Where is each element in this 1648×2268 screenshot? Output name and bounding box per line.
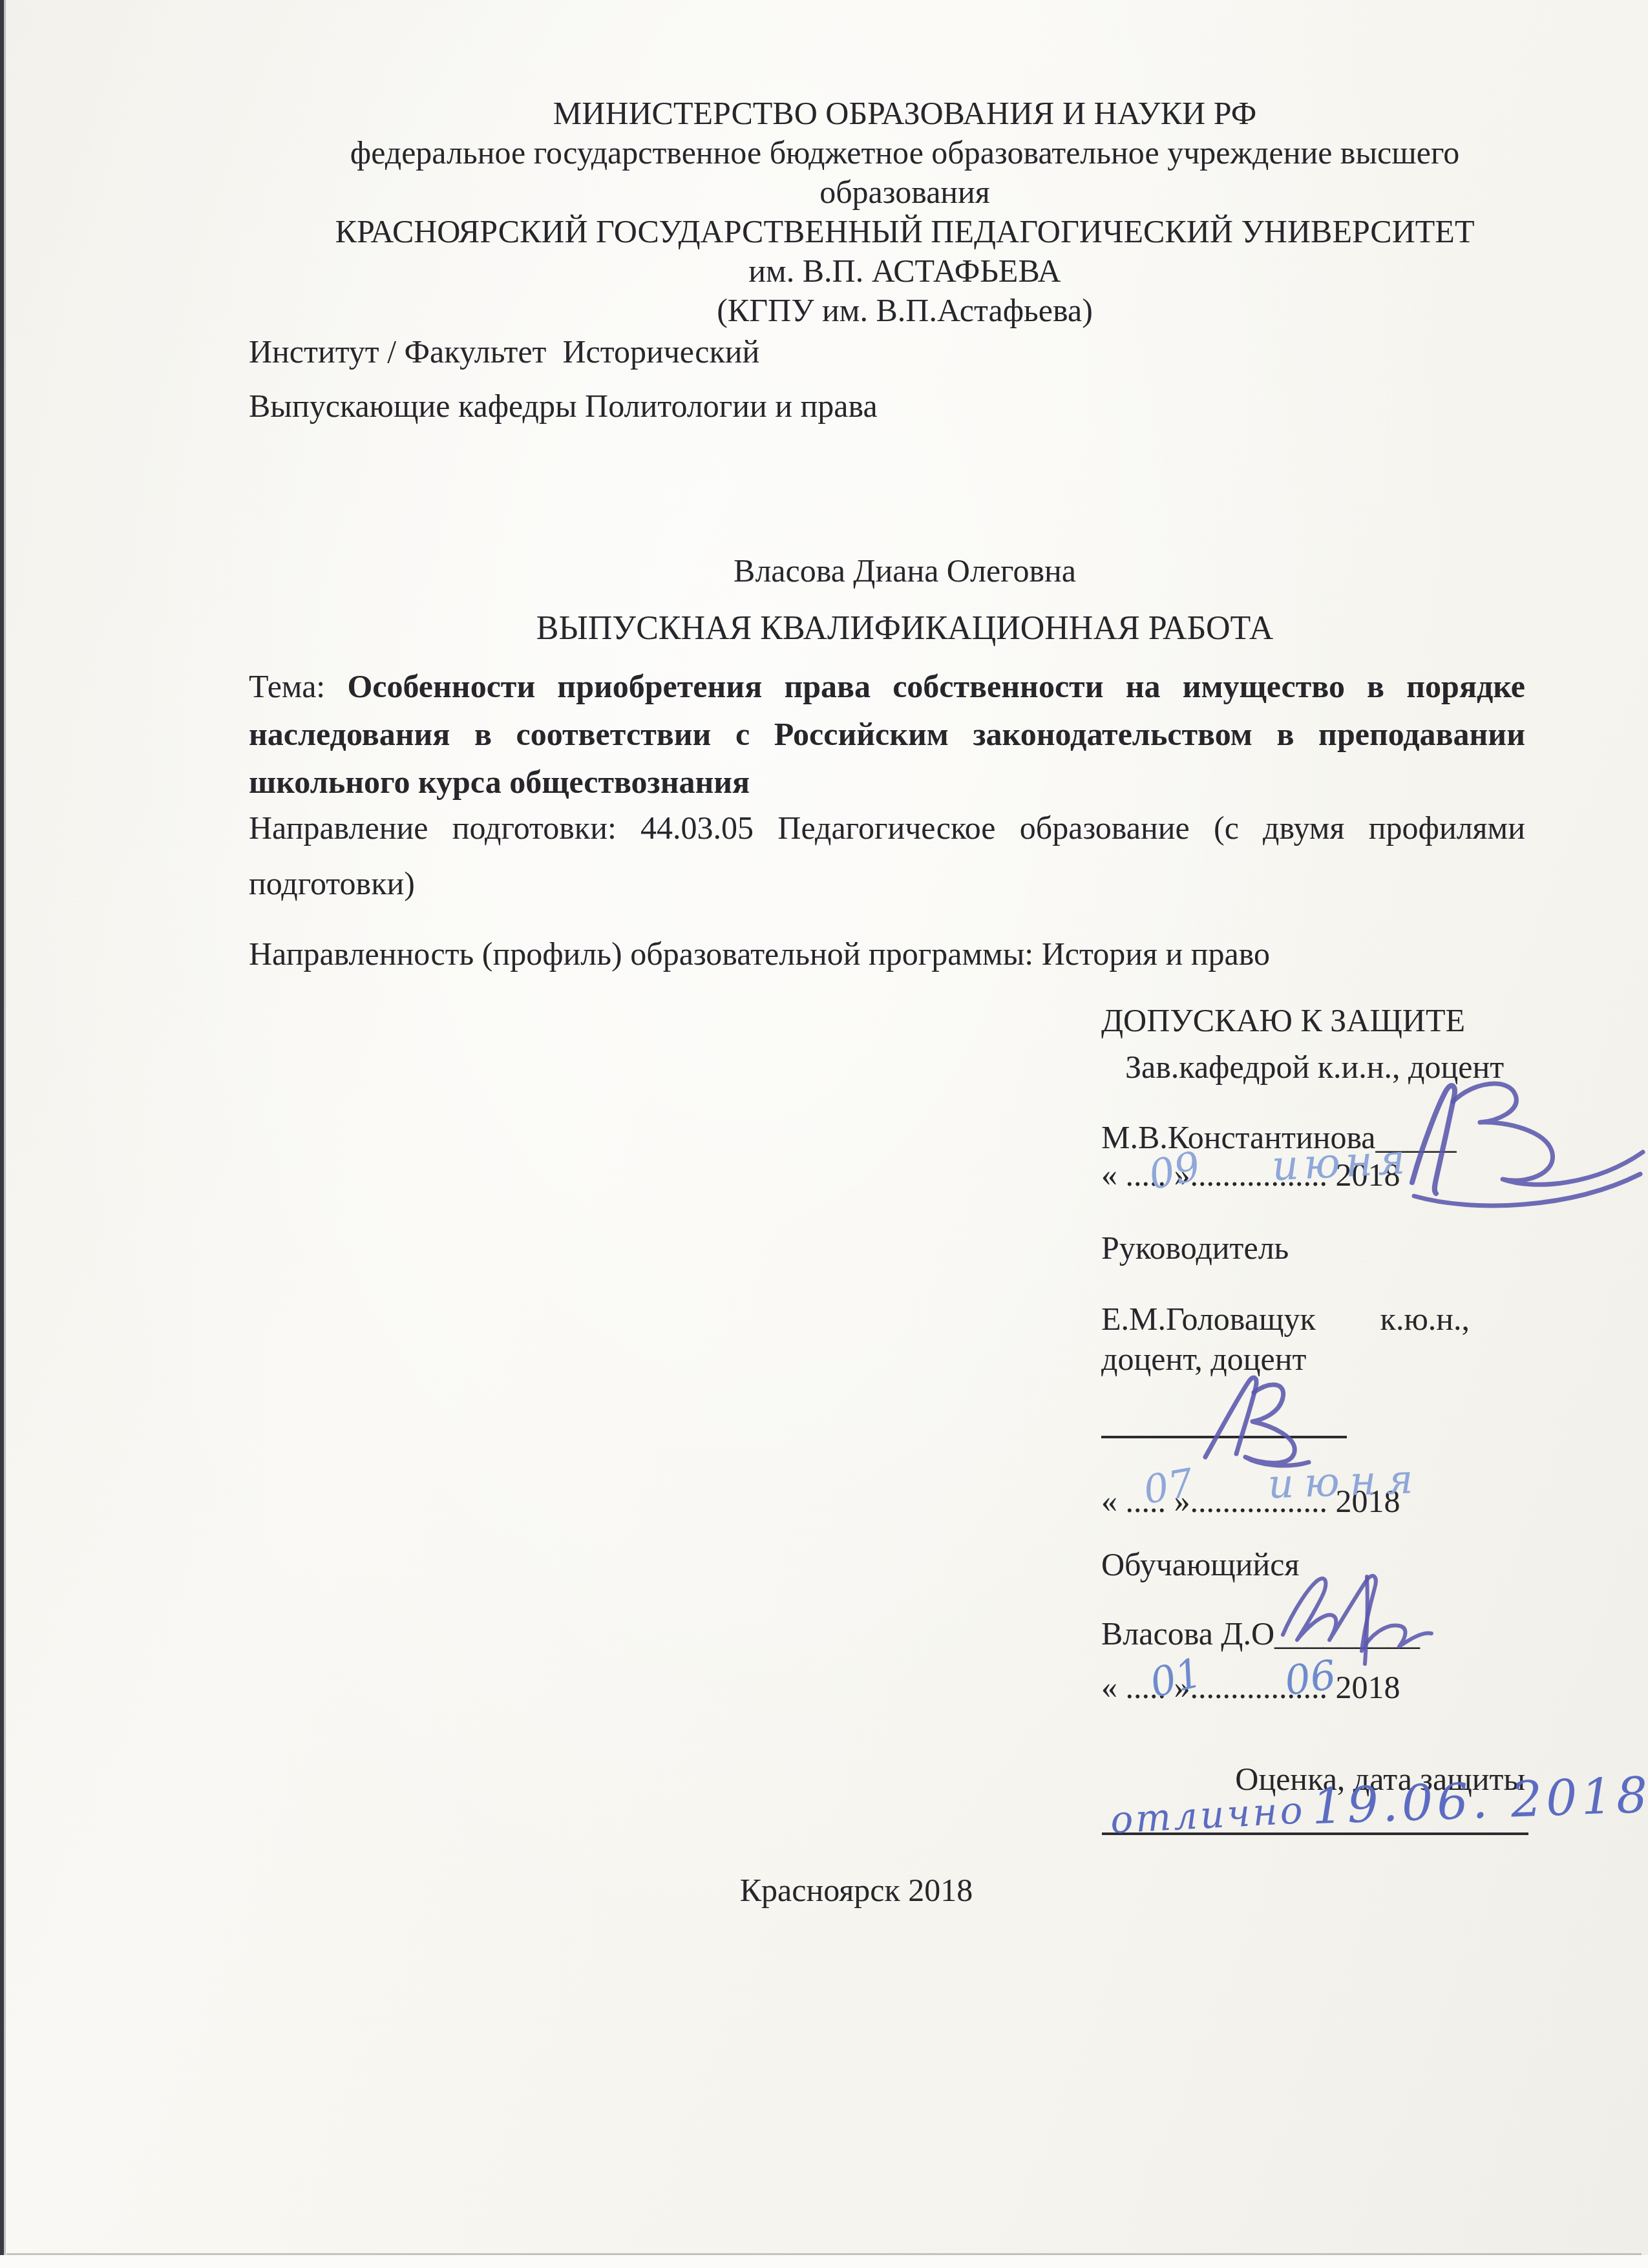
student-signature-ink [1270, 1564, 1438, 1667]
supervisor-name-row: Е.М.Головащук к.ю.н., [1101, 1299, 1525, 1338]
theme-label: Тема: [249, 668, 347, 704]
supervisor-label: Руководитель [1101, 1228, 1525, 1267]
supervisor-name: Е.М.Головащук [1101, 1299, 1316, 1338]
supervisor-title-line: доцент, доцент [1101, 1339, 1525, 1378]
university-abbreviation-line: (КГПУ им. В.П.Астафьева) [249, 291, 1561, 330]
theme-paragraph: Тема: Особенности приобретения права соб… [249, 662, 1525, 806]
grade-date-handwritten: 19.06. 2018 [1311, 1766, 1648, 1835]
scan-edge-left-shadow [4, 0, 6, 2268]
profile-line: Направленность (профиль) образовательной… [249, 934, 1525, 973]
supervisor-signature-ink [1186, 1373, 1354, 1470]
approval-title: ДОПУСКАЮ К ЗАЩИТЕ [1101, 1001, 1525, 1040]
direction-line: Направление подготовки: 44.03.05 Педагог… [249, 800, 1525, 911]
city-year-line: Красноярск 2018 [65, 1871, 1648, 1909]
university-header: МИНИСТЕРСТВО ОБРАЗОВАНИЯ И НАУКИ РФ феде… [249, 94, 1561, 330]
org-line-2: образования [249, 173, 1561, 212]
head-signature-ink [1377, 1076, 1648, 1212]
author-name: Власова Диана Олеговна [249, 551, 1561, 590]
scanned-title-page: МИНИСТЕРСТВО ОБРАЗОВАНИЯ И НАУКИ РФ феде… [0, 0, 1648, 2268]
departments-line: Выпускающие кафедры Политологии и права [249, 386, 878, 425]
university-name-line: КРАСНОЯРСКИЙ ГОСУДАРСТВЕННЫЙ ПЕДАГОГИЧЕС… [249, 212, 1561, 251]
supervisor-degree: к.ю.н., [1380, 1299, 1470, 1338]
ministry-line: МИНИСТЕРСТВО ОБРАЗОВАНИЯ И НАУКИ РФ [249, 94, 1561, 133]
org-line-1: федеральное государственное бюджетное об… [249, 133, 1561, 173]
theme-text: Особенности приобретения права собственн… [249, 668, 1525, 800]
institute-line: Институт / Факультет Исторический [249, 332, 759, 371]
work-type-title: ВЫПУСКНАЯ КВАЛИФИКАЦИОННАЯ РАБОТА [249, 609, 1561, 649]
university-named-after-line: им. В.П. АСТАФЬЕВА [249, 251, 1561, 291]
scan-edge-bottom [0, 2255, 1648, 2268]
